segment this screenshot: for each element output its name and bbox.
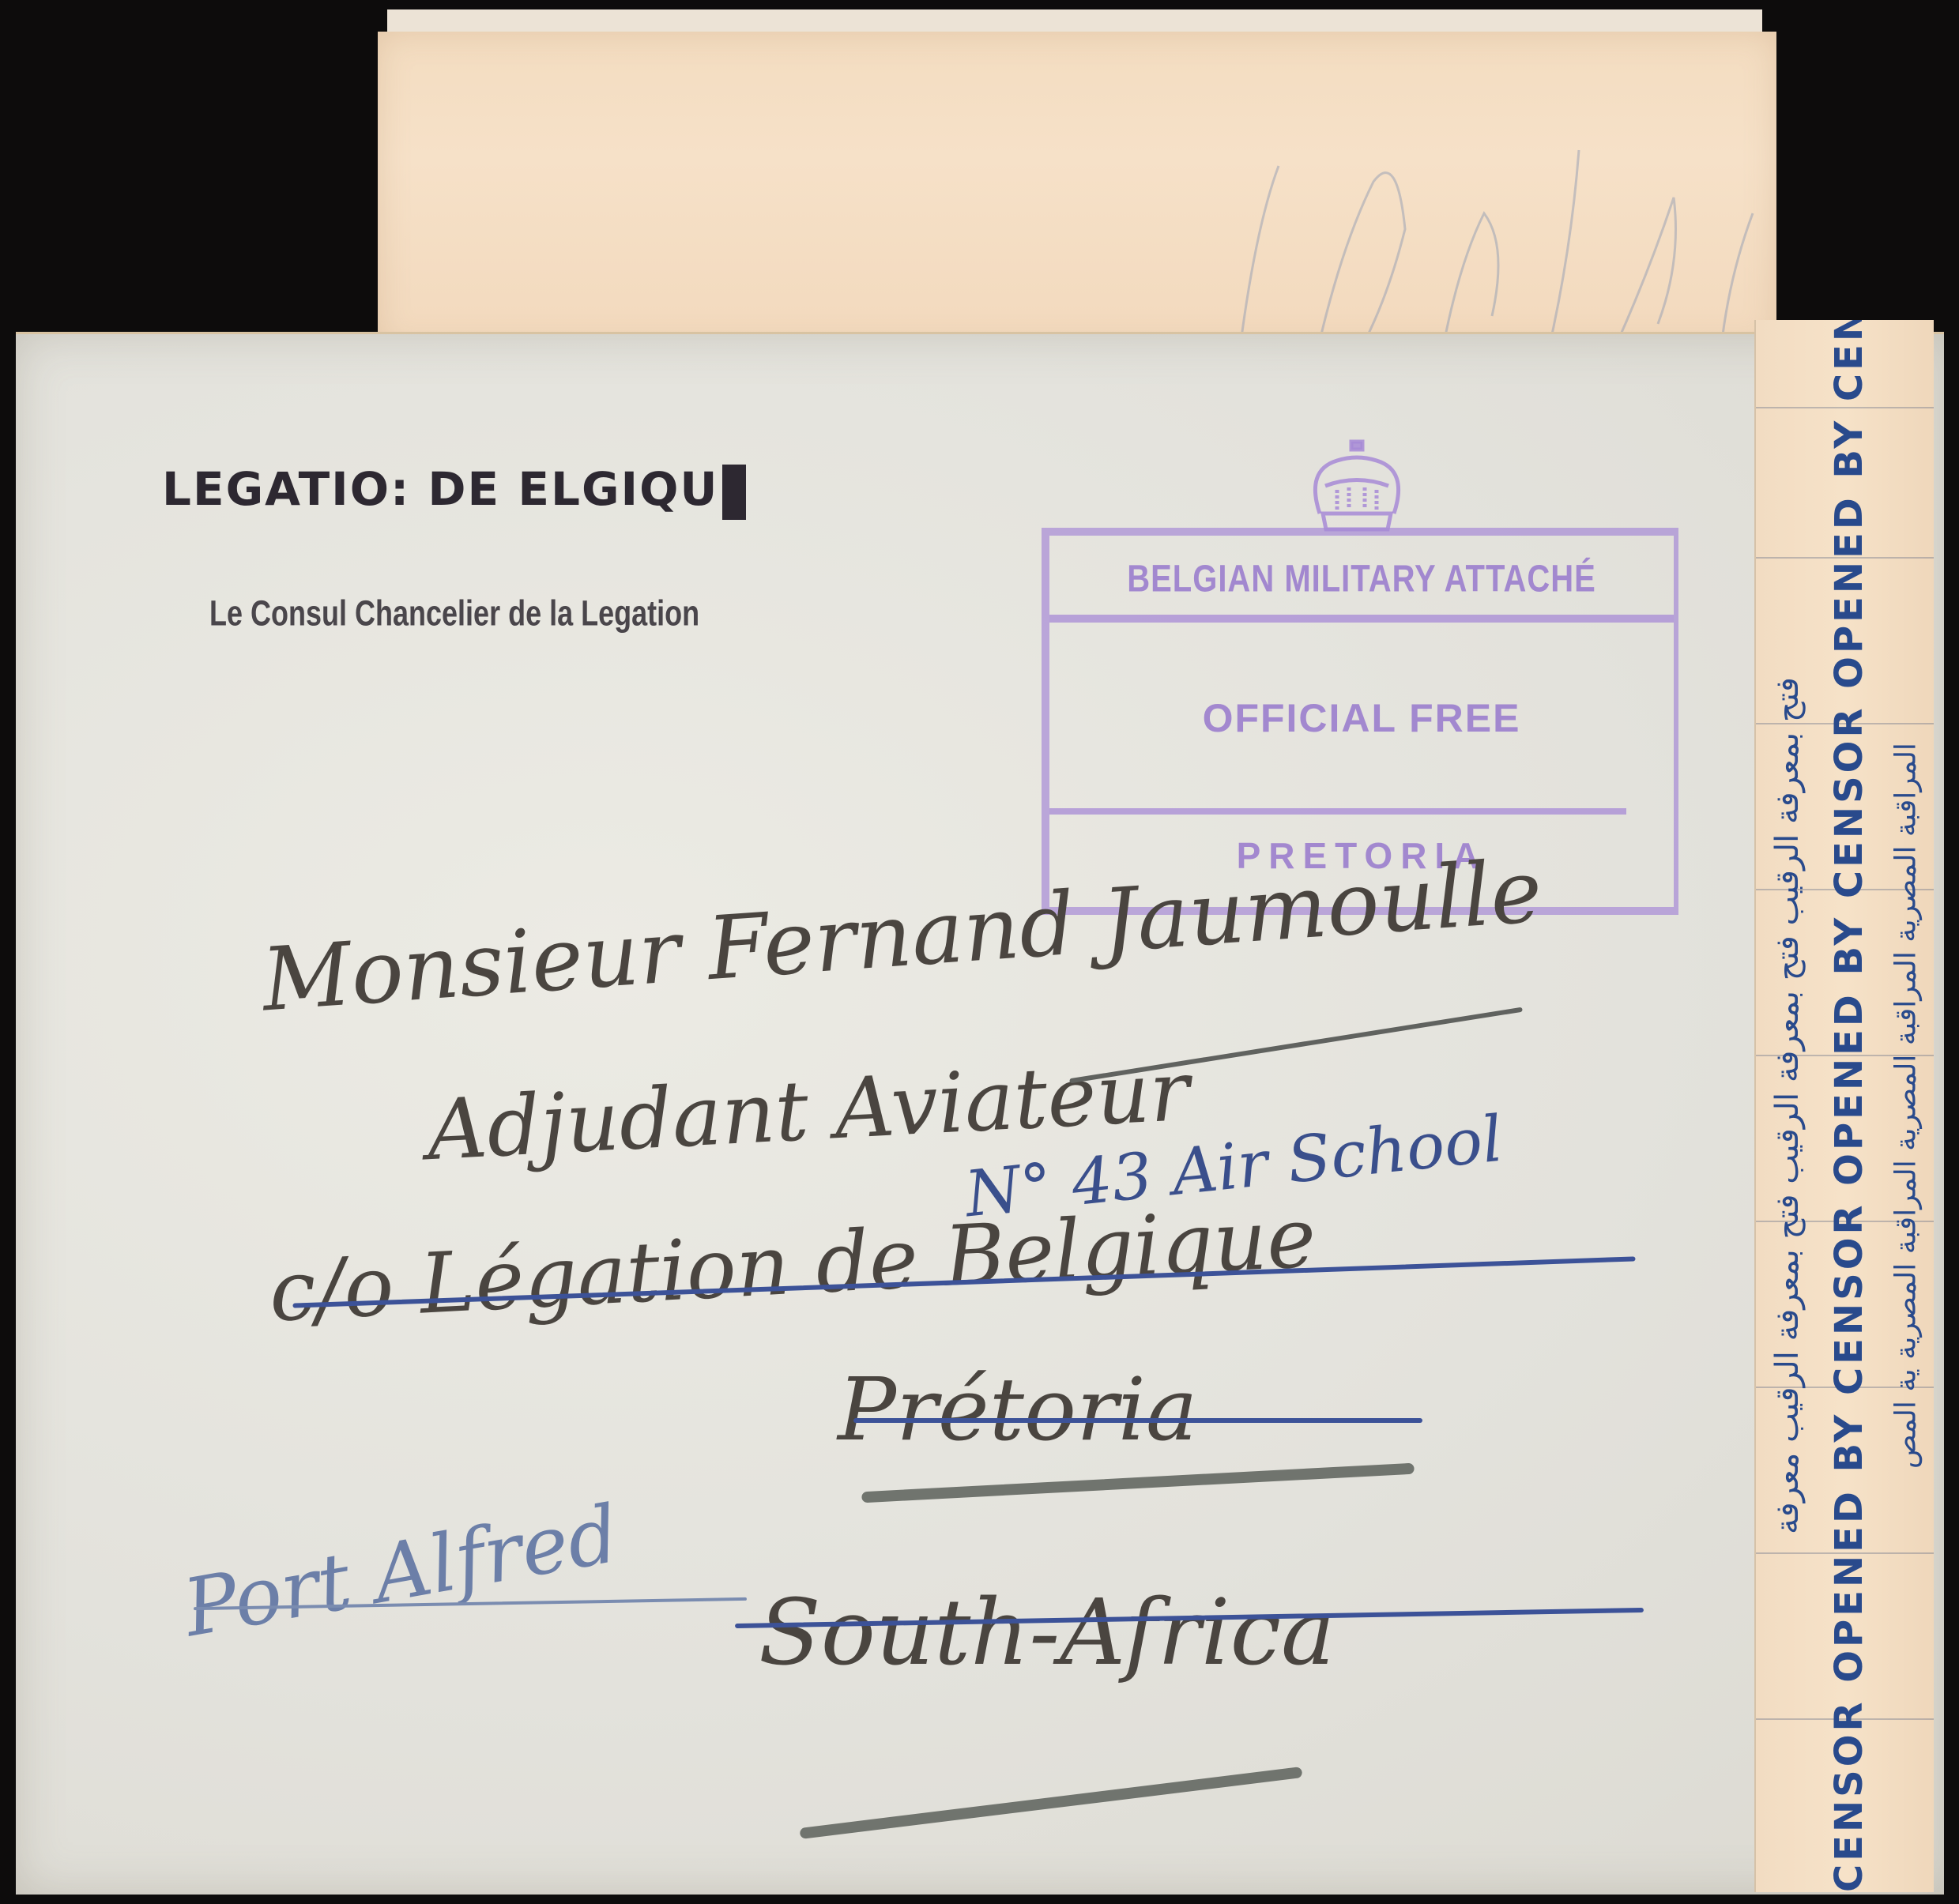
legation-handstamp: LEGATIO: DE ELGIQU (162, 462, 746, 520)
address-line-4-struck: Prétoria (838, 1359, 1197, 1460)
stamp-divider (1049, 615, 1674, 623)
censor-tape: فتح بمعرفة الرقيب فتح بمعرفة الرقيب فتح … (1754, 320, 1934, 1892)
strike-line (853, 1418, 1422, 1423)
censor-tape-english: CENSOR OPENED BY CENSOR OPENED BY CENSOR… (1825, 320, 1873, 1892)
censor-tape-arabic-2: المراقبة المصرية المراقبة المصرية المراق… (1882, 320, 1930, 1892)
ink-blot-icon (722, 465, 746, 520)
pencil-scribble-icon (1207, 134, 1761, 363)
official-free-text: OFFICIAL FREE (1049, 695, 1674, 741)
address-line-5-struck: South-Africa (759, 1580, 1336, 1686)
crown-icon (1305, 438, 1408, 537)
attache-title: BELGIAN MILITARY ATTACHÉ (1049, 559, 1674, 601)
stamp-divider (1049, 808, 1626, 815)
legation-handstamp-text: LEGATIO: DE ELGIQU (162, 462, 719, 516)
censor-tape-arabic-1: فتح بمعرفة الرقيب فتح بمعرفة الرقيب فتح … (1764, 320, 1811, 1892)
consul-handstamp: Le Consul Chancelier de la Legation (209, 593, 699, 634)
enclosed-letter (378, 32, 1776, 348)
